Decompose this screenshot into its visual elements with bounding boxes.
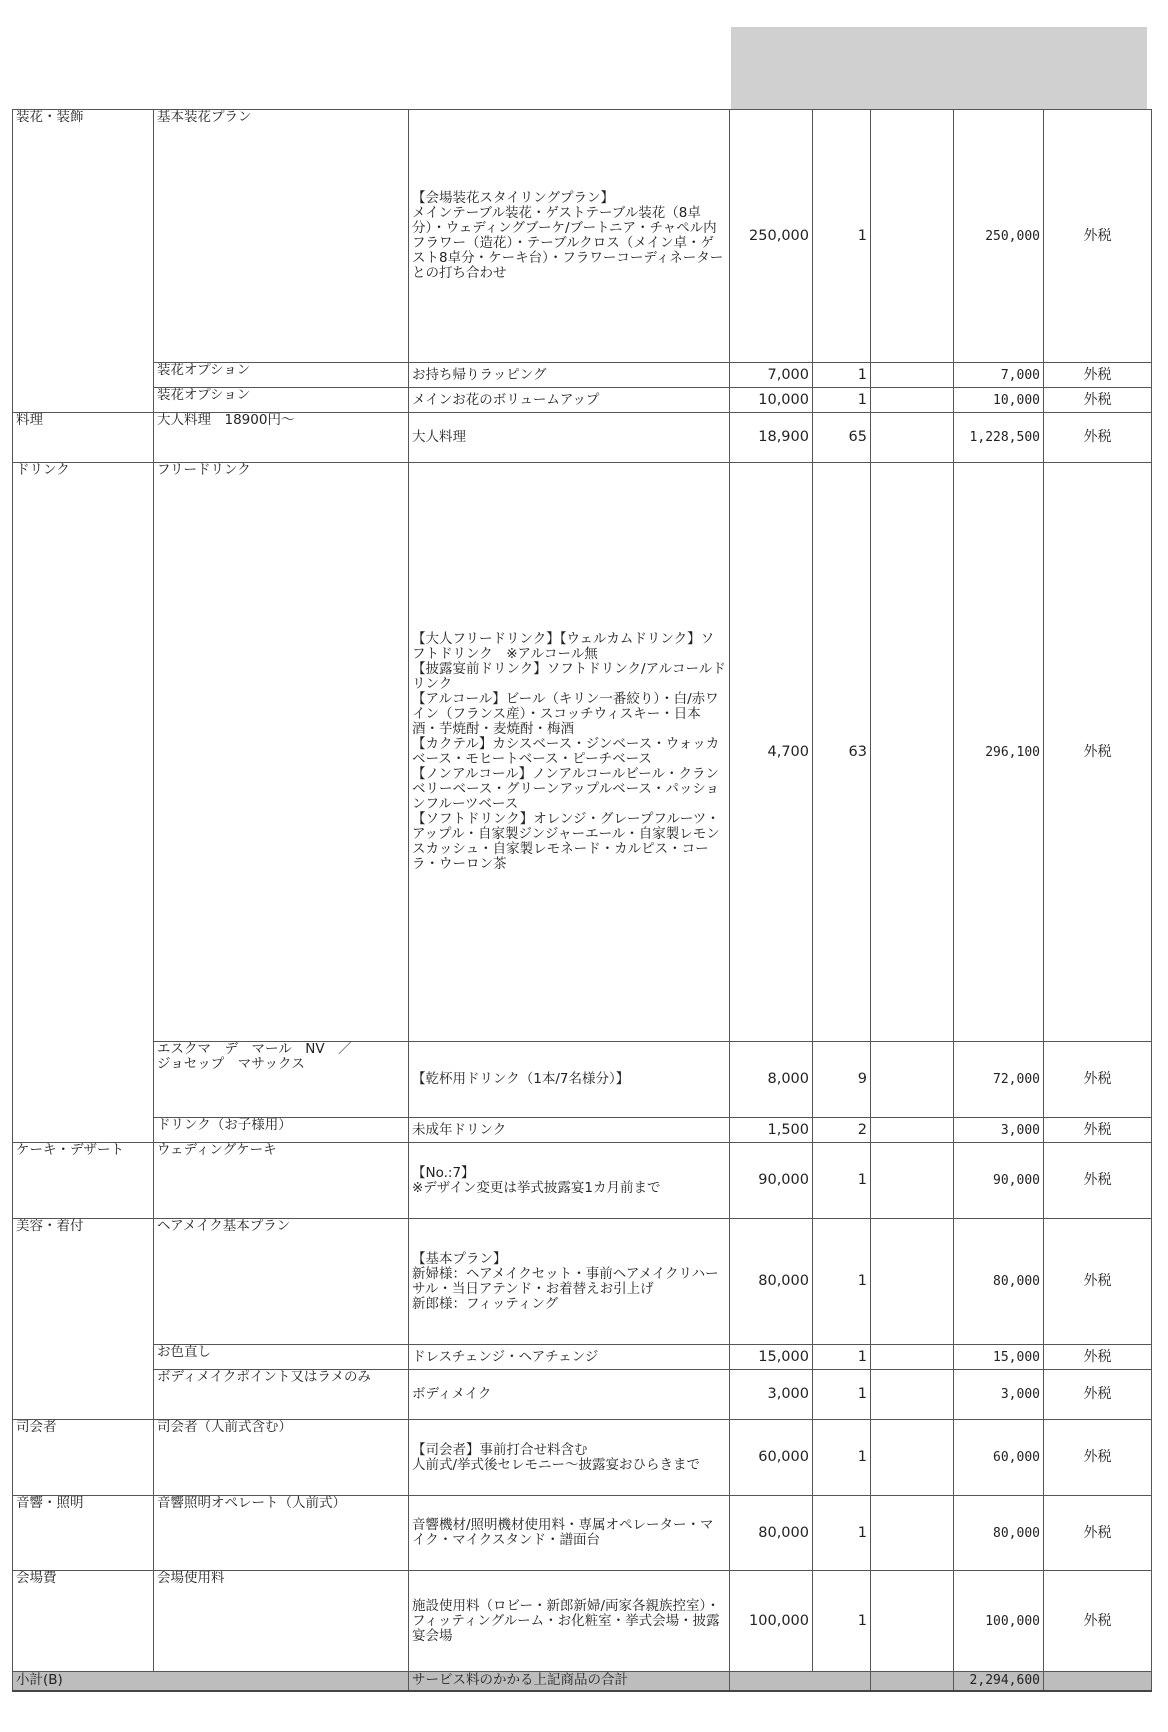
unit-price-cell: 250,000 — [730, 110, 813, 363]
total-cell: 15,000 — [954, 1345, 1044, 1370]
blank-cell — [871, 1571, 954, 1672]
category-cell: ドリンク — [13, 463, 154, 1143]
description-cell: 【基本プラン】 新婦様：ヘアメイクセット・事前ヘアメイクリハーサル・当日アテンド… — [409, 1219, 730, 1345]
tax-cell: 外税 — [1044, 388, 1152, 413]
tax-cell: 外税 — [1044, 1042, 1152, 1118]
unit-price-cell: 7,000 — [730, 363, 813, 388]
table-row: 司会者 司会者（人前式含む） 【司会者】事前打合せ料含む 人前式/挙式後セレモニ… — [13, 1420, 1152, 1496]
item-cell: 司会者（人前式含む） — [154, 1420, 409, 1496]
tax-cell: 外税 — [1044, 413, 1152, 463]
subtotal-total: 2,294,600 — [954, 1672, 1044, 1691]
description-cell: 【No.:7】 ※デザイン変更は挙式披露宴1カ月前まで — [409, 1143, 730, 1219]
table-row: ケーキ・デザート ウェディングケーキ 【No.:7】 ※デザイン変更は挙式披露宴… — [13, 1143, 1152, 1219]
table-row: お色直し ドレスチェンジ・ヘアチェンジ 15,000 1 15,000 外税 — [13, 1345, 1152, 1370]
total-cell: 250,000 — [954, 110, 1044, 363]
blank-cell — [871, 1496, 954, 1571]
tax-cell: 外税 — [1044, 1370, 1152, 1420]
unit-price-cell: 60,000 — [730, 1420, 813, 1496]
tax-cell: 外税 — [1044, 1496, 1152, 1571]
description-cell: 施設使用料（ロビー・新郎新婦/両家各親族控室）・フィッティングルーム・お化粧室・… — [409, 1571, 730, 1672]
tax-cell: 外税 — [1044, 110, 1152, 363]
category-cell: 司会者 — [13, 1420, 154, 1496]
total-cell: 100,000 — [954, 1571, 1044, 1672]
table-row: 音響・照明 音響照明オペレート（人前式） 音響機材/照明機材使用料・専属オペレー… — [13, 1496, 1152, 1571]
table-row: 装花オプション お持ち帰りラッピング 7,000 1 7,000 外税 — [13, 363, 1152, 388]
category-cell: ケーキ・デザート — [13, 1143, 154, 1219]
description-cell: 【会場装花スタイリングプラン】 メインテーブル装花・ゲストテーブル装花（8卓分）… — [409, 110, 730, 363]
quantity-cell: 1 — [813, 1496, 871, 1571]
tax-cell: 外税 — [1044, 1219, 1152, 1345]
quantity-cell: 1 — [813, 1571, 871, 1672]
description-cell: お持ち帰りラッピング — [409, 363, 730, 388]
description-cell: メインお花のボリュームアップ — [409, 388, 730, 413]
subtotal-description: サービス料のかかる上記商品の合計 — [409, 1672, 730, 1691]
estimate-table: 装花・装飾 基本装花プラン 【会場装花スタイリングプラン】 メインテーブル装花・… — [12, 109, 1152, 1692]
blank-cell — [871, 1042, 954, 1118]
quantity-cell: 1 — [813, 1219, 871, 1345]
item-cell: 会場使用料 — [154, 1571, 409, 1672]
quantity-cell: 1 — [813, 110, 871, 363]
unit-price-cell: 80,000 — [730, 1219, 813, 1345]
description-cell: 大人料理 — [409, 413, 730, 463]
unit-price-cell: 100,000 — [730, 1571, 813, 1672]
subtotal-row: 小計(B) サービス料のかかる上記商品の合計 2,294,600 — [13, 1672, 1152, 1691]
unit-price-cell: 1,500 — [730, 1118, 813, 1143]
header-shaded-box — [731, 27, 1147, 110]
table-row: 料理 大人料理 18900円～ 大人料理 18,900 65 1,228,500… — [13, 413, 1152, 463]
item-cell: 装花オプション — [154, 363, 409, 388]
table-row: エスクマ デ マール NV ／ ジョセップ マサックス 【乾杯用ドリンク（1本/… — [13, 1042, 1152, 1118]
unit-price-cell: 15,000 — [730, 1345, 813, 1370]
description-cell: 未成年ドリンク — [409, 1118, 730, 1143]
category-cell: 料理 — [13, 413, 154, 463]
table-row: 美容・着付 ヘアメイク基本プラン 【基本プラン】 新婦様：ヘアメイクセット・事前… — [13, 1219, 1152, 1345]
unit-price-cell: 4,700 — [730, 463, 813, 1042]
table-row: ドリンク（お子様用） 未成年ドリンク 1,500 2 3,000 外税 — [13, 1118, 1152, 1143]
tax-cell: 外税 — [1044, 363, 1152, 388]
unit-price-cell: 90,000 — [730, 1143, 813, 1219]
blank-cell — [871, 1370, 954, 1420]
total-cell: 72,000 — [954, 1042, 1044, 1118]
unit-price-cell: 8,000 — [730, 1042, 813, 1118]
table-row: 装花・装飾 基本装花プラン 【会場装花スタイリングプラン】 メインテーブル装花・… — [13, 110, 1152, 363]
total-cell: 90,000 — [954, 1143, 1044, 1219]
blank-cell — [871, 1420, 954, 1496]
total-cell: 60,000 — [954, 1420, 1044, 1496]
description-cell: 【大人フリードリンク】【ウェルカムドリンク】ソフトドリンク ※アルコール無 【披… — [409, 463, 730, 1042]
tax-cell: 外税 — [1044, 1143, 1152, 1219]
tax-cell: 外税 — [1044, 1345, 1152, 1370]
item-cell: フリードリンク — [154, 463, 409, 1042]
unit-price-cell: 10,000 — [730, 388, 813, 413]
quantity-cell: 1 — [813, 1370, 871, 1420]
total-cell: 7,000 — [954, 363, 1044, 388]
blank-cell — [871, 388, 954, 413]
table-row: 装花オプション メインお花のボリュームアップ 10,000 1 10,000 外… — [13, 388, 1152, 413]
blank-cell — [871, 110, 954, 363]
tax-cell: 外税 — [1044, 1118, 1152, 1143]
subtotal-blank — [1044, 1672, 1152, 1691]
table-row: 会場費 会場使用料 施設使用料（ロビー・新郎新婦/両家各親族控室）・フィッティン… — [13, 1571, 1152, 1672]
item-cell: ボディメイクポイント又はラメのみ — [154, 1370, 409, 1420]
table-row: ボディメイクポイント又はラメのみ ボディメイク 3,000 1 3,000 外税 — [13, 1370, 1152, 1420]
item-cell: エスクマ デ マール NV ／ ジョセップ マサックス — [154, 1042, 409, 1118]
item-cell: 大人料理 18900円～ — [154, 413, 409, 463]
unit-price-cell: 18,900 — [730, 413, 813, 463]
description-cell: ドレスチェンジ・ヘアチェンジ — [409, 1345, 730, 1370]
item-cell: ヘアメイク基本プラン — [154, 1219, 409, 1345]
category-cell: 装花・装飾 — [13, 110, 154, 413]
quantity-cell: 1 — [813, 1143, 871, 1219]
total-cell: 3,000 — [954, 1370, 1044, 1420]
quantity-cell: 1 — [813, 1345, 871, 1370]
unit-price-cell: 80,000 — [730, 1496, 813, 1571]
blank-cell — [871, 1345, 954, 1370]
description-cell: 【司会者】事前打合せ料含む 人前式/挙式後セレモニー～披露宴おひらきまで — [409, 1420, 730, 1496]
description-cell: 【乾杯用ドリンク（1本/7名様分）】 — [409, 1042, 730, 1118]
item-cell: お色直し — [154, 1345, 409, 1370]
blank-cell — [871, 363, 954, 388]
quantity-cell: 63 — [813, 463, 871, 1042]
quantity-cell: 1 — [813, 1420, 871, 1496]
tax-cell: 外税 — [1044, 1571, 1152, 1672]
subtotal-blank — [730, 1672, 871, 1691]
subtotal-blank — [871, 1672, 954, 1691]
blank-cell — [871, 463, 954, 1042]
item-cell: 基本装花プラン — [154, 110, 409, 363]
description-cell: 音響機材/照明機材使用料・専属オペレーター・マイク・マイクスタンド・譜面台 — [409, 1496, 730, 1571]
blank-cell — [871, 1219, 954, 1345]
quantity-cell: 65 — [813, 413, 871, 463]
table-row: ドリンク フリードリンク 【大人フリードリンク】【ウェルカムドリンク】ソフトドリ… — [13, 463, 1152, 1042]
blank-cell — [871, 1143, 954, 1219]
total-cell: 80,000 — [954, 1496, 1044, 1571]
total-cell: 3,000 — [954, 1118, 1044, 1143]
item-cell: ウェディングケーキ — [154, 1143, 409, 1219]
blank-cell — [871, 413, 954, 463]
category-cell: 美容・着付 — [13, 1219, 154, 1420]
category-cell: 音響・照明 — [13, 1496, 154, 1571]
quantity-cell: 1 — [813, 388, 871, 413]
item-cell: ドリンク（お子様用） — [154, 1118, 409, 1143]
category-cell: 会場費 — [13, 1571, 154, 1672]
item-cell: 装花オプション — [154, 388, 409, 413]
quantity-cell: 9 — [813, 1042, 871, 1118]
description-cell: ボディメイク — [409, 1370, 730, 1420]
total-cell: 80,000 — [954, 1219, 1044, 1345]
quantity-cell: 2 — [813, 1118, 871, 1143]
subtotal-label: 小計(B) — [13, 1672, 409, 1691]
tax-cell: 外税 — [1044, 463, 1152, 1042]
quantity-cell: 1 — [813, 363, 871, 388]
unit-price-cell: 3,000 — [730, 1370, 813, 1420]
item-cell: 音響照明オペレート（人前式） — [154, 1496, 409, 1571]
tax-cell: 外税 — [1044, 1420, 1152, 1496]
total-cell: 1,228,500 — [954, 413, 1044, 463]
blank-cell — [871, 1118, 954, 1143]
total-cell: 10,000 — [954, 388, 1044, 413]
total-cell: 296,100 — [954, 463, 1044, 1042]
